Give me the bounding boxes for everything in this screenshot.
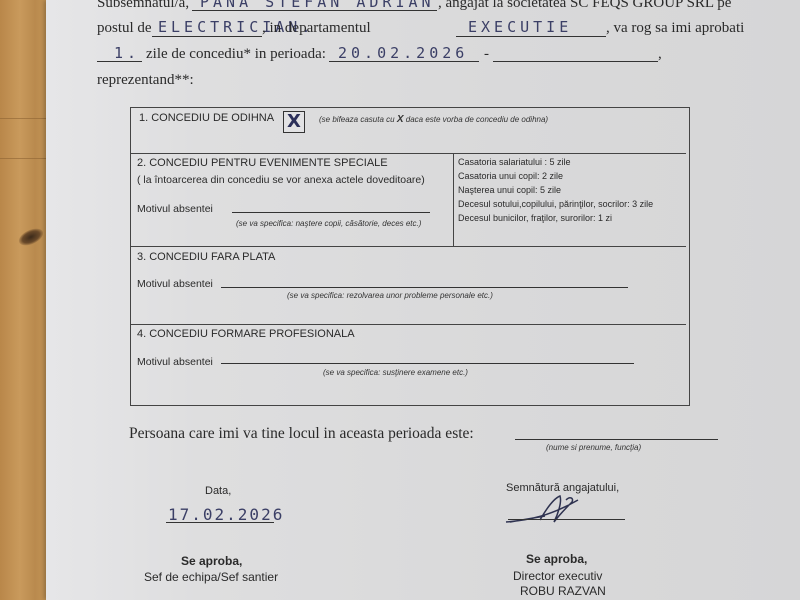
company-text: , angajat la societatea SC FEQS GROUP SR… bbox=[438, 0, 731, 12]
days-label: zile de concediu* in perioada: bbox=[146, 46, 326, 63]
formare-reason-field[interactable] bbox=[221, 363, 634, 364]
approve-left-role: Sef de echipa/Sef santier bbox=[144, 570, 278, 584]
approve-right-title: Se aproba, bbox=[526, 552, 587, 566]
approve-left-title: Se aproba, bbox=[181, 554, 242, 568]
speciale-note: (se va specifica: naştere copii, căsător… bbox=[236, 219, 421, 228]
date-line bbox=[166, 522, 274, 523]
speciale-reason-field[interactable] bbox=[232, 212, 430, 213]
section-formare-title: 4. CONCEDIU FORMARE PROFESIONALA bbox=[137, 328, 355, 340]
replacement-label: Persoana care imi va tine locul in aceas… bbox=[129, 425, 474, 443]
section-speciale-title: 2. CONCEDIU PENTRU EVENIMENTE SPECIALE bbox=[137, 157, 388, 169]
odihna-note-before: (se bifeaza casuta cu bbox=[319, 115, 395, 124]
fara-plata-note: (se va specifica: rezolvarea unor proble… bbox=[287, 291, 493, 300]
rule-item: Decesul bunicilor, fraţilor, surorilor: … bbox=[458, 213, 612, 223]
divider bbox=[130, 246, 686, 247]
request-text: , va rog sa imi aprobati bbox=[606, 20, 744, 37]
replacement-note: (nume si prenume, funcţia) bbox=[546, 443, 641, 452]
approve-right-role: Director executiv bbox=[513, 569, 602, 583]
position-label: postul de bbox=[97, 20, 152, 37]
employee-signature bbox=[500, 492, 640, 528]
odihna-checkbox[interactable]: X bbox=[283, 111, 305, 133]
wood-grain bbox=[0, 158, 50, 159]
divider bbox=[130, 153, 686, 154]
formare-note: (se va specifica: susţinere examene etc.… bbox=[323, 368, 468, 377]
section-fara-plata-title: 3. CONCEDIU FARA PLATA bbox=[137, 251, 275, 263]
days-field[interactable]: 1. bbox=[114, 44, 140, 62]
period-dash: - bbox=[484, 46, 489, 63]
wood-grain bbox=[0, 118, 50, 119]
rule-item: Naşterea unui copil: 5 zile bbox=[458, 185, 561, 195]
start-date-field[interactable]: 20.02.2026 bbox=[338, 44, 468, 62]
formare-reason-label: Motivul absentei bbox=[137, 356, 213, 368]
end-date-line[interactable] bbox=[493, 61, 658, 62]
position-line bbox=[152, 36, 262, 37]
employee-name-field[interactable]: PANA STEFAN ADRIAN bbox=[200, 0, 435, 11]
fara-plata-reason-label: Motivul absentei bbox=[137, 278, 213, 290]
approve-right-name: ROBU RAZVAN bbox=[520, 584, 606, 598]
section-odihna-title: 1. CONCEDIU DE ODIHNA bbox=[139, 112, 274, 124]
rule-item: Decesul sotului,copilului, părinţilor, s… bbox=[458, 199, 653, 209]
speciale-reason-label: Motivul absentei bbox=[137, 203, 213, 215]
replacement-field[interactable] bbox=[515, 439, 718, 440]
divider bbox=[453, 153, 454, 246]
signature-line[interactable] bbox=[508, 519, 625, 520]
date-label: Data, bbox=[205, 485, 231, 497]
divider bbox=[130, 324, 686, 325]
odihna-note: (se bifeaza casuta cu X daca este vorba … bbox=[319, 114, 548, 125]
wood-knot bbox=[16, 225, 45, 249]
rule-item: Casatoria salariatului : 5 zile bbox=[458, 157, 571, 167]
department-field[interactable]: EXECUTIE bbox=[468, 18, 572, 36]
intro-prefix: Subsemnatul/a, bbox=[97, 0, 189, 12]
section-speciale-subtitle: ( la întoarcerea din concediu se vor ane… bbox=[137, 174, 425, 186]
odihna-note-x: X bbox=[397, 114, 404, 125]
department-label: , in departamentul bbox=[262, 20, 371, 37]
odihna-note-after: daca este vorba de concediu de odihna) bbox=[406, 115, 548, 124]
line3-comma: , bbox=[658, 46, 662, 63]
fara-plata-reason-field[interactable] bbox=[221, 287, 628, 288]
rule-item: Casatoria unui copil: 2 zile bbox=[458, 171, 563, 181]
department-line bbox=[456, 36, 606, 37]
representing-label: reprezentand**: bbox=[97, 72, 194, 89]
